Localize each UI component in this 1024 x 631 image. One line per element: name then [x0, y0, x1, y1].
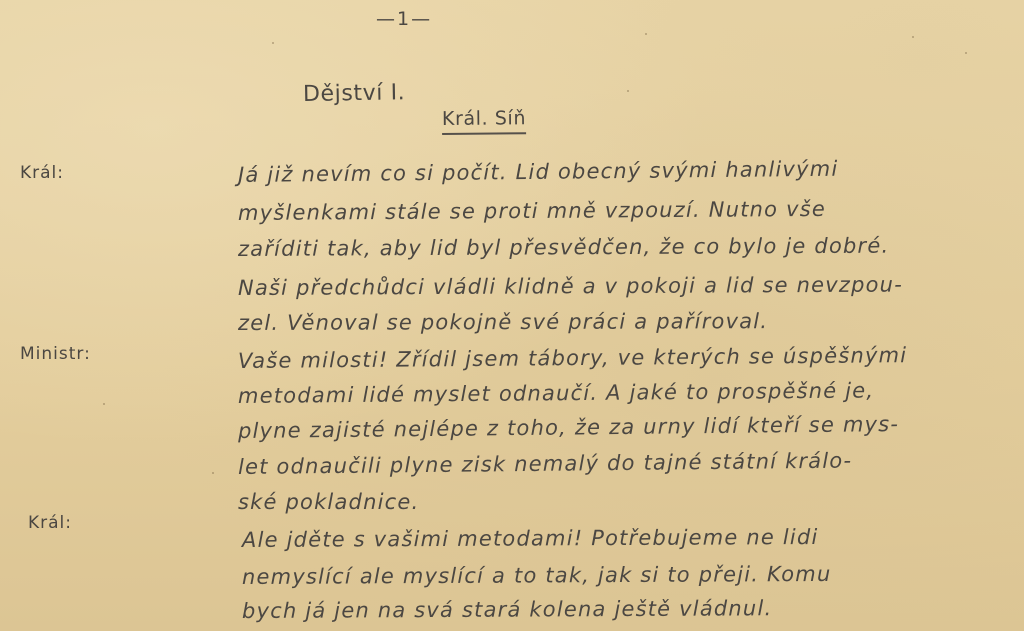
dialogue-line: Ale jděte s vašimi metodami! Potřebujeme… [242, 525, 819, 552]
paper-speck [212, 472, 214, 474]
dialogue-line: Já již nevím co si počít. Lid obecný svý… [238, 157, 839, 187]
dialogue-line: bych já jen na svá stará kolena ještě vl… [242, 596, 772, 623]
dialogue-line: myšlenkami stále se proti mně vzpouzí. N… [238, 197, 826, 225]
speaker-label: Král: [28, 513, 72, 533]
dialogue-line: let odnaučili plyne zisk nemalý do tajné… [238, 449, 852, 479]
dialogue-line: zel. Věnoval se pokojně své práci a paří… [238, 309, 768, 335]
speaker-label: Král: [20, 163, 64, 183]
paper-speck [627, 90, 629, 92]
speaker-label: Ministr: [20, 344, 91, 364]
manuscript-page: —1— Dějství I. Král. Síň Král: Já již ne… [0, 0, 1024, 631]
paper-speck [272, 42, 274, 44]
scene-title: Král. Síň [442, 107, 526, 135]
dialogue-line: ské pokladnice. [238, 490, 419, 514]
dialogue-line: metodami lidé myslet odnaučí. A jaké to … [238, 378, 874, 408]
paper-speck [645, 33, 647, 35]
paper-speck [965, 52, 967, 54]
dialogue-line: nemyslící ale myslící a to tak, jak si t… [242, 562, 832, 589]
dialogue-line: Naši předchůdci vládli klidně a v pokoji… [238, 273, 903, 300]
page-number: —1— [376, 8, 432, 30]
paper-speck [103, 403, 105, 405]
dialogue-line: zaříditi tak, aby lid byl přesvědčen, že… [238, 234, 889, 261]
act-title: Dějství I. [303, 80, 406, 107]
paper-speck [912, 36, 914, 38]
dialogue-line: Vaše milosti! Zřídil jsem tábory, ve kte… [238, 343, 907, 373]
dialogue-line: plyne zajisté nejlépe z toho, že za urny… [238, 412, 899, 443]
